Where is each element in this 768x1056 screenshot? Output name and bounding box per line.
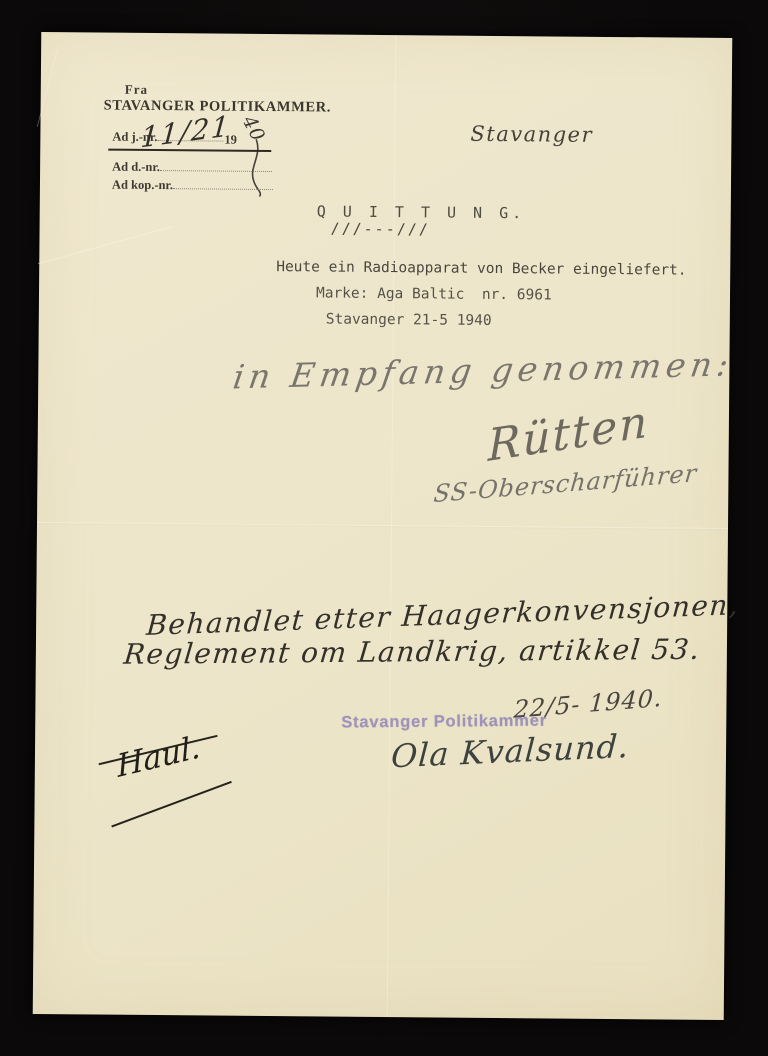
receipt-title-underline: ///---/// bbox=[331, 220, 430, 239]
initials-signature: Haul. bbox=[115, 729, 201, 785]
crease-line bbox=[38, 226, 173, 264]
letterhead-place: Stavanger bbox=[470, 122, 593, 147]
d-number-row: Ad d.-nr. bbox=[112, 159, 272, 176]
paraph-stroke-bottom bbox=[111, 781, 232, 828]
journal-underline bbox=[108, 149, 271, 152]
receipt-body-line-1: Heute ein Radioapparat von Becker eingel… bbox=[276, 259, 686, 279]
letterhead-from-label: Fra bbox=[101, 82, 325, 100]
police-office-stamp: Stavanger Politikammer bbox=[341, 712, 547, 733]
d-dotted-line bbox=[160, 159, 272, 172]
kop-dotted-line bbox=[173, 177, 273, 190]
receipt-body-line-2: Marke: Aga Baltic nr. 6961 bbox=[316, 285, 552, 303]
ink-signature: Ola Kvalsund. bbox=[390, 727, 630, 776]
pencil-acknowledgement: in Empfang genommen: bbox=[231, 344, 737, 396]
initials-paraph: Haul. bbox=[91, 700, 252, 831]
kop-number-row: Ad kop.-nr. bbox=[112, 177, 273, 194]
kop-number-label: Ad kop.-nr. bbox=[112, 178, 173, 193]
crease-line bbox=[37, 49, 58, 127]
journal-number-handwritten: 11/21 bbox=[139, 109, 232, 154]
pencil-signature: Rütten bbox=[487, 396, 649, 472]
d-number-label: Ad d.-nr. bbox=[112, 160, 160, 174]
ink-note-line-2: Reglement om Landkrig, artikkel 53. bbox=[122, 633, 702, 671]
pencil-rank: SS-Oberscharführer bbox=[432, 459, 698, 508]
crease-line bbox=[37, 522, 728, 529]
receipt-body-line-3: Stavanger 21-5 1940 bbox=[326, 311, 492, 328]
scanned-document-paper: Fra STAVANGER POLITIKAMMER. Ad j.-nr. 19… bbox=[33, 32, 733, 1020]
